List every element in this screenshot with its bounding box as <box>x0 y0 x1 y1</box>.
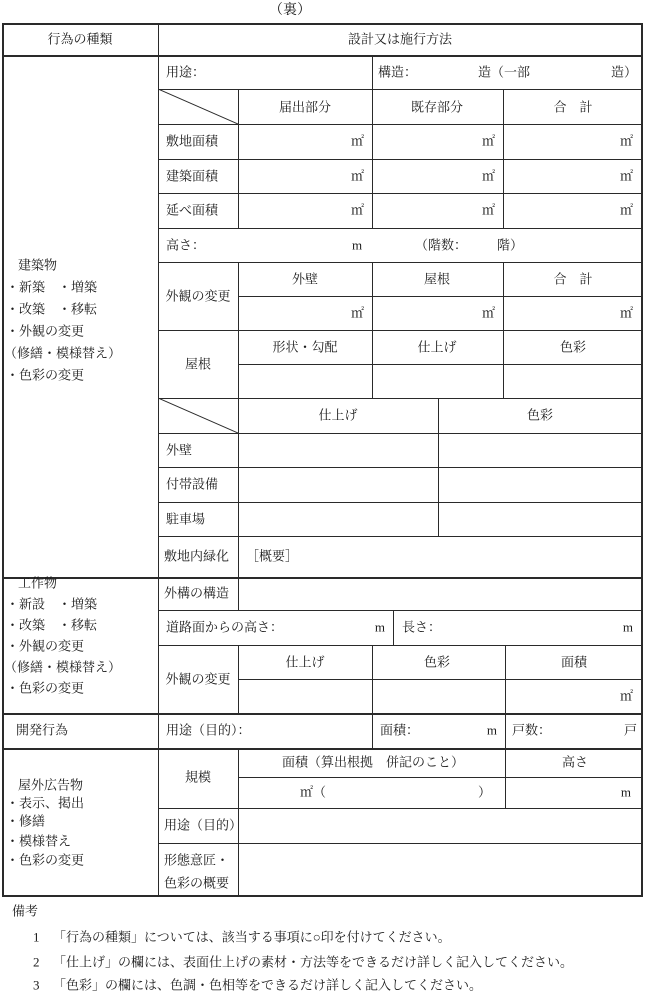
row-label-roof: 屋根 <box>185 358 211 371</box>
m2-paren-open: ㎡（ <box>300 786 326 799</box>
col-header-color: 色彩 <box>560 341 586 354</box>
unit-m2: ㎡ <box>482 307 495 320</box>
building-item: ・外観の変更 <box>6 325 84 338</box>
floors-open: （階数： <box>415 239 467 252</box>
unit-m: m <box>623 621 633 634</box>
grid-line <box>372 645 373 748</box>
signage-item: ・表示、掲出 <box>6 797 84 810</box>
note-text: 「色彩」の欄には、色調・色相等をできるだけ詳しく記入してください。 <box>53 979 482 991</box>
signage-item: ・修繕 <box>6 815 45 828</box>
note-text: 「仕上げ」の欄には、表面仕上げの素材・方法等をできるだけ詳しく記入してください。 <box>53 956 573 969</box>
dev-area-label: 面積： <box>380 724 419 737</box>
notes-title: 備考 <box>12 905 38 918</box>
col-header-existing-part: 既存部分 <box>411 101 463 114</box>
grid-line <box>158 610 643 611</box>
grid-line <box>158 502 643 503</box>
grid-line <box>158 467 643 468</box>
column-header-action-type: 行為の種類 <box>47 33 112 46</box>
structure-partial-close: 造） <box>611 66 637 79</box>
col-header-total: 合 計 <box>553 101 592 114</box>
col-header-area: 面積 <box>561 656 587 669</box>
row-label-facade-change: 外観の変更 <box>165 673 230 686</box>
grid-line <box>372 55 373 228</box>
row-label-facade-change: 外観の変更 <box>165 290 230 303</box>
col-header-color: 色彩 <box>424 656 450 669</box>
signage-item: ・色彩の変更 <box>6 854 84 867</box>
grid-line <box>158 433 643 434</box>
grid-line <box>158 23 159 897</box>
col-header-area-basis: 面積（算出根拠 併記のこと） <box>282 756 464 769</box>
workpiece-item: ・新設 ・増築 <box>6 598 97 611</box>
grid-line <box>238 296 643 297</box>
section-label-building: 建築物 <box>18 259 57 272</box>
unit-m2: ㎡ <box>620 690 633 703</box>
structure-partial-open: 造（一部 <box>478 66 530 79</box>
unit-m2: ㎡ <box>482 204 495 217</box>
row-label-building-area: 建築面積 <box>166 170 218 183</box>
col-header-height: 高さ <box>562 756 588 769</box>
grid-line <box>158 159 643 160</box>
row-label-design-line2: 色彩の概要 <box>164 877 229 890</box>
grid-line <box>158 193 643 194</box>
grid-line <box>238 679 643 680</box>
building-item: ・色彩の変更 <box>6 369 84 382</box>
row-label-outer-wall: 外壁 <box>166 444 192 457</box>
section-label-workpiece: 工作物 <box>18 577 57 590</box>
unit-households: 戸 <box>624 724 637 737</box>
road-height-label: 道路面からの高さ： <box>166 621 283 634</box>
workpiece-item: （修繕・模様替え） <box>4 661 121 674</box>
col-header-notified-part: 届出部分 <box>279 101 331 114</box>
grid-line <box>158 536 643 537</box>
unit-m2: ㎡ <box>620 135 633 148</box>
row-label-floor-area: 延べ面積 <box>166 204 218 217</box>
dev-use-label: 用途（目的）： <box>166 724 251 737</box>
building-item: ・改築 ・移転 <box>6 303 97 316</box>
grid-line <box>158 645 643 646</box>
workpiece-item: ・色彩の変更 <box>6 682 84 695</box>
grid-line <box>158 262 643 263</box>
page-title: （裏） <box>269 4 311 18</box>
section-divider <box>2 577 643 579</box>
length-label: 長さ： <box>402 621 441 634</box>
unit-m: m <box>352 239 362 252</box>
diagonal-slash <box>158 89 238 124</box>
grid-line <box>238 364 643 365</box>
note-text: 「行為の種類」については、該当する事項に○印を付けてください。 <box>53 931 451 944</box>
height-label: 高さ： <box>166 239 205 252</box>
col-header-finish: 仕上げ <box>417 341 456 354</box>
paren-close: ） <box>478 786 491 799</box>
section-divider <box>2 713 643 715</box>
diagonal-slash <box>158 398 238 433</box>
structure-label: 構造： <box>378 66 417 79</box>
unit-m2: ㎡ <box>482 170 495 183</box>
col-header-outer-wall: 外壁 <box>292 273 318 286</box>
row-label-ancillary-equipment: 付帯設備 <box>166 478 218 491</box>
unit-m2: ㎡ <box>620 307 633 320</box>
unit-m: m <box>621 786 631 799</box>
grid-line <box>158 228 643 229</box>
form-page: （裏） 行為の種類 設計又は施行方法 建築物 ・新築 ・増築 ・改築 ・移転 ・… <box>0 0 645 991</box>
grid-line <box>393 610 394 645</box>
households-label: 戸数： <box>512 724 551 737</box>
unit-m2: ㎡ <box>351 170 364 183</box>
grid-line <box>158 124 643 125</box>
building-item: ・新築 ・増築 <box>6 281 97 294</box>
building-item: （修繕・模様替え） <box>4 347 121 360</box>
unit-m2: ㎡ <box>351 135 364 148</box>
grid-line <box>158 330 643 331</box>
col-header-shape-slope: 形状・勾配 <box>272 341 337 354</box>
row-label-use-purpose: 用途（目的） <box>164 819 242 832</box>
workpiece-item: ・改築 ・移転 <box>6 619 97 632</box>
section-label-development: 開発行為 <box>16 724 68 737</box>
col-header-finish: 仕上げ <box>318 409 357 422</box>
unit-m: m <box>375 621 385 634</box>
grid-line <box>2 55 643 57</box>
grid-line <box>158 808 643 809</box>
grid-line <box>505 645 506 808</box>
unit-m2: ㎡ <box>351 204 364 217</box>
col-header-total: 合 計 <box>553 273 592 286</box>
unit-m2: ㎡ <box>482 135 495 148</box>
section-divider <box>2 748 643 750</box>
row-label-site-area: 敷地面積 <box>166 135 218 148</box>
section-label-signage: 屋外広告物 <box>18 779 83 792</box>
greening-summary: ［概要］ <box>246 550 298 563</box>
unit-m: m <box>487 724 497 737</box>
col-header-finish: 仕上げ <box>285 656 324 669</box>
note-number: 3 <box>33 979 40 991</box>
row-label-exterior-structure: 外構の構造 <box>164 587 229 600</box>
col-header-roof: 屋根 <box>424 273 450 286</box>
floors-close: 階） <box>497 239 523 252</box>
signage-item: ・模様替え <box>6 835 71 848</box>
grid-line <box>158 843 643 844</box>
col-header-color: 色彩 <box>527 409 553 422</box>
note-number: 1 <box>33 931 40 944</box>
grid-line <box>238 262 239 610</box>
row-label-site-greening: 敷地内緑化 <box>164 550 229 563</box>
row-label-design-line1: 形態意匠・ <box>164 854 229 867</box>
use-label: 用途： <box>166 66 205 79</box>
unit-m2: ㎡ <box>620 170 633 183</box>
unit-m2: ㎡ <box>351 307 364 320</box>
row-label-scale: 規模 <box>185 771 211 784</box>
unit-m2: ㎡ <box>620 204 633 217</box>
note-number: 2 <box>33 956 40 969</box>
row-label-parking: 駐車場 <box>166 513 205 526</box>
column-header-method: 設計又は施行方法 <box>348 33 452 46</box>
workpiece-item: ・外観の変更 <box>6 640 84 653</box>
grid-line <box>238 777 643 778</box>
